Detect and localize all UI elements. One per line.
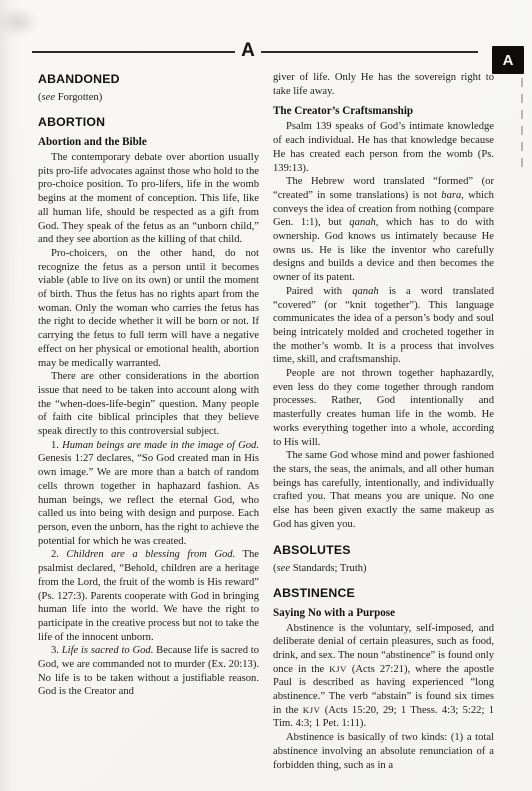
text-run: Paired with xyxy=(286,286,352,297)
text-run: Saying No with a Purpose xyxy=(273,607,395,619)
text-run: giver of life. Only He has the sovereign… xyxy=(273,72,494,97)
text-run: Forgotten) xyxy=(55,92,102,103)
text-run: 2. xyxy=(51,549,66,560)
text-run: The same God whose mind and power fashio… xyxy=(273,450,494,530)
text-run: People are not thrown together haphazard… xyxy=(273,368,494,448)
text-run: see xyxy=(277,563,291,574)
paragraph: Pro-choicers, on the other hand, do not … xyxy=(38,247,259,370)
text-run: 1. xyxy=(51,440,62,451)
text-run: Life is sacred to God. xyxy=(62,645,154,656)
text-run: The psalmist declared, “Behold, children… xyxy=(38,549,259,642)
text-run: is a word translated “covered” (or “knit… xyxy=(273,286,494,366)
text-run: Standards; Truth) xyxy=(290,563,367,574)
text-run: Human beings are made in the image of Go… xyxy=(62,440,259,451)
alpha-thumb-tab: A xyxy=(492,46,524,74)
paragraph: 1. Human beings are made in the image of… xyxy=(38,439,259,549)
text-run: The Creator’s Craftsmanship xyxy=(273,105,413,117)
text-run: Children are a blessing from God. xyxy=(66,549,235,560)
header-rule-left xyxy=(32,51,235,53)
paragraph: People are not thrown together haphazard… xyxy=(273,367,494,449)
entry-heading: ABSTINENCE xyxy=(273,586,494,600)
text-run: ABSOLUTES xyxy=(273,543,351,557)
text-run: Genesis 1:27 declares, “So God created m… xyxy=(38,453,259,546)
text-run: Abstinence is basically of two kinds: (1… xyxy=(273,732,494,770)
text-run: KJV xyxy=(329,664,347,674)
page-edge-line xyxy=(521,78,523,173)
entry-heading: ABORTION xyxy=(38,115,259,129)
text-run: qanah xyxy=(352,286,378,297)
cross-reference: (see Forgotten) xyxy=(38,91,259,104)
paragraph: The contemporary debate over abortion us… xyxy=(38,151,259,247)
paragraph: giver of life. Only He has the sovereign… xyxy=(273,71,494,98)
scanned-page: A A ABANDONED(see Forgotten)ABORTIONAbor… xyxy=(0,0,532,791)
text-run: 3. xyxy=(51,645,62,656)
text-run: ABORTION xyxy=(38,115,105,129)
header-rule-right xyxy=(261,51,478,53)
text-run: bara, xyxy=(441,190,464,201)
section-letter: A xyxy=(234,41,262,61)
column-left: ABANDONED(see Forgotten)ABORTIONAbortion… xyxy=(38,71,259,699)
text-run: ABSTINENCE xyxy=(273,586,355,600)
paragraph: Abstinence is basically of two kinds: (1… xyxy=(273,731,494,772)
paragraph: There are other considerations in the ab… xyxy=(38,370,259,439)
text-run: see xyxy=(42,92,56,103)
cross-reference: (see Standards; Truth) xyxy=(273,562,494,575)
paragraph: The same God whose mind and power fashio… xyxy=(273,449,494,531)
section-subheading: The Creator’s Craftsmanship xyxy=(273,104,494,118)
text-run: Abortion and the Bible xyxy=(38,136,147,148)
text-run: qanah, xyxy=(349,217,378,228)
text-run: KJV xyxy=(303,705,321,715)
paragraph: The Hebrew word translated “formed” (or … xyxy=(273,175,494,285)
paragraph: 3. Life is sacred to God. Because life i… xyxy=(38,644,259,699)
paragraph: Paired with qanah is a word translated “… xyxy=(273,285,494,367)
section-subheading: Saying No with a Purpose xyxy=(273,606,494,620)
entry-heading: ABSOLUTES xyxy=(273,543,494,557)
paragraph: 2. Children are a blessing from God. The… xyxy=(38,548,259,644)
text-run: ABANDONED xyxy=(38,72,120,86)
text-run: Psalm 139 speaks of God’s intimate knowl… xyxy=(273,121,494,173)
paragraph: Psalm 139 speaks of God’s intimate knowl… xyxy=(273,120,494,175)
text-run: Pro-choicers, on the other hand, do not … xyxy=(38,248,259,369)
column-right: giver of life. Only He has the sovereign… xyxy=(273,71,494,772)
section-subheading: Abortion and the Bible xyxy=(38,135,259,149)
text-run: The contemporary debate over abortion us… xyxy=(38,152,259,245)
entry-heading: ABANDONED xyxy=(38,72,259,86)
text-run: There are other considerations in the ab… xyxy=(38,371,259,437)
paragraph: Abstinence is the voluntary, self-impose… xyxy=(273,622,494,732)
